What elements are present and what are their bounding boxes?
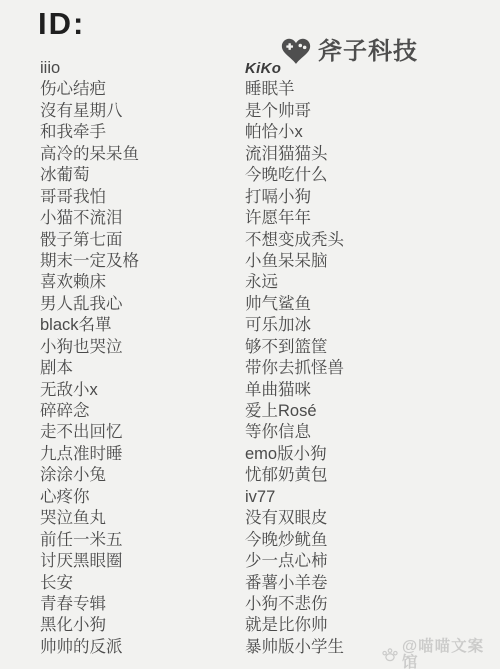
id-list-item: 帅帅的反派 (40, 637, 245, 658)
id-list-item: 就是比你帅 (245, 615, 450, 636)
id-list-item: emo版小狗 (245, 444, 450, 465)
id-list-item: 许愿年年 (245, 208, 450, 229)
id-list-item: 前任一米五 (40, 530, 245, 551)
id-list-item: 九点准时睡 (40, 444, 245, 465)
id-list-item: 高冷的呆呆鱼 (40, 144, 245, 165)
id-list-item: 打嗝小狗 (245, 187, 450, 208)
id-column-left: iiio伤心结疤沒有星期八和我牵手高冷的呆呆鱼冰葡萄哥哥我怕小猫不流泪骰子第七面… (40, 58, 245, 658)
id-list-item: 不想变成秃头 (245, 230, 450, 251)
id-list-item: 涂涂小兔 (40, 465, 245, 486)
id-name-list-page: ID: 斧子科技 iiio伤心结疤沒有星期八和我牵手高冷的呆呆鱼冰葡萄哥哥我怕小… (0, 0, 500, 669)
id-list-item: 今晚吃什么 (245, 165, 450, 186)
id-list-item: 和我牵手 (40, 122, 245, 143)
id-list-item: 青春专辑 (40, 594, 245, 615)
paw-icon (381, 646, 399, 663)
id-list-item: 帕恰小x (245, 122, 450, 143)
id-list-item: 可乐加冰 (245, 315, 450, 336)
id-list-item: 骰子第七面 (40, 230, 245, 251)
id-list-item: 讨厌黑眼圈 (40, 551, 245, 572)
id-list-item: 喜欢赖床 (40, 272, 245, 293)
id-list-item: 小鱼呆呆脑 (245, 251, 450, 272)
id-list-item: 剧本 (40, 358, 245, 379)
id-list-item: 够不到篮筐 (245, 337, 450, 358)
id-list-item: 永远 (245, 272, 450, 293)
id-list-item: 哭泣鱼丸 (40, 508, 245, 529)
bottom-watermark: @喵喵文案馆 (381, 639, 500, 669)
id-column-right: KiKo睡眠羊是个帅哥帕恰小x流泪猫猫头今晚吃什么打嗝小狗许愿年年不想变成秃头小… (245, 58, 450, 658)
id-list-item: iv77 (245, 487, 450, 508)
id-list-item: 碎碎念 (40, 401, 245, 422)
id-list-item: 是个帅哥 (245, 101, 450, 122)
id-list-item: 期末一定及格 (40, 251, 245, 272)
id-list-item: 忧郁奶黄包 (245, 465, 450, 486)
id-list-item: 沒有星期八 (40, 101, 245, 122)
id-list-item: 带你去抓怪兽 (245, 358, 450, 379)
id-list-item: 帅气鲨鱼 (245, 294, 450, 315)
id-list-item: 无敌小x (40, 380, 245, 401)
id-list-item: 小狗也哭泣 (40, 337, 245, 358)
page-title: ID: (38, 6, 85, 42)
id-list-item: 少一点心柿 (245, 551, 450, 572)
id-list-item: 冰葡萄 (40, 165, 245, 186)
id-list-item: 伤心结疤 (40, 79, 245, 100)
id-list-item: 黑化小狗 (40, 615, 245, 636)
id-list-item: 番薯小羊卷 (245, 573, 450, 594)
id-list-item: 睡眠羊 (245, 79, 450, 100)
id-list-item: 长安 (40, 573, 245, 594)
id-list-item: 哥哥我怕 (40, 187, 245, 208)
id-list-item: 男人乱我心 (40, 294, 245, 315)
id-list-item: 爱上Rosé (245, 401, 450, 422)
id-list-item: 等你信息 (245, 422, 450, 443)
id-list-item: KiKo (245, 58, 450, 79)
id-list-item: 今晚炒鱿鱼 (245, 530, 450, 551)
id-list-item: 小猫不流泪 (40, 208, 245, 229)
id-list-item: 心疼你 (40, 487, 245, 508)
id-list-item: 小狗不悲伤 (245, 594, 450, 615)
id-list-item: 走不出回忆 (40, 422, 245, 443)
id-list-item: 流泪猫猫头 (245, 144, 450, 165)
watermark-text: @喵喵文案馆 (402, 639, 500, 669)
id-list-item: black名單 (40, 315, 245, 336)
id-list-item: 单曲猫咪 (245, 380, 450, 401)
id-list-item: 没有双眼皮 (245, 508, 450, 529)
id-list-item: iiio (40, 58, 245, 79)
